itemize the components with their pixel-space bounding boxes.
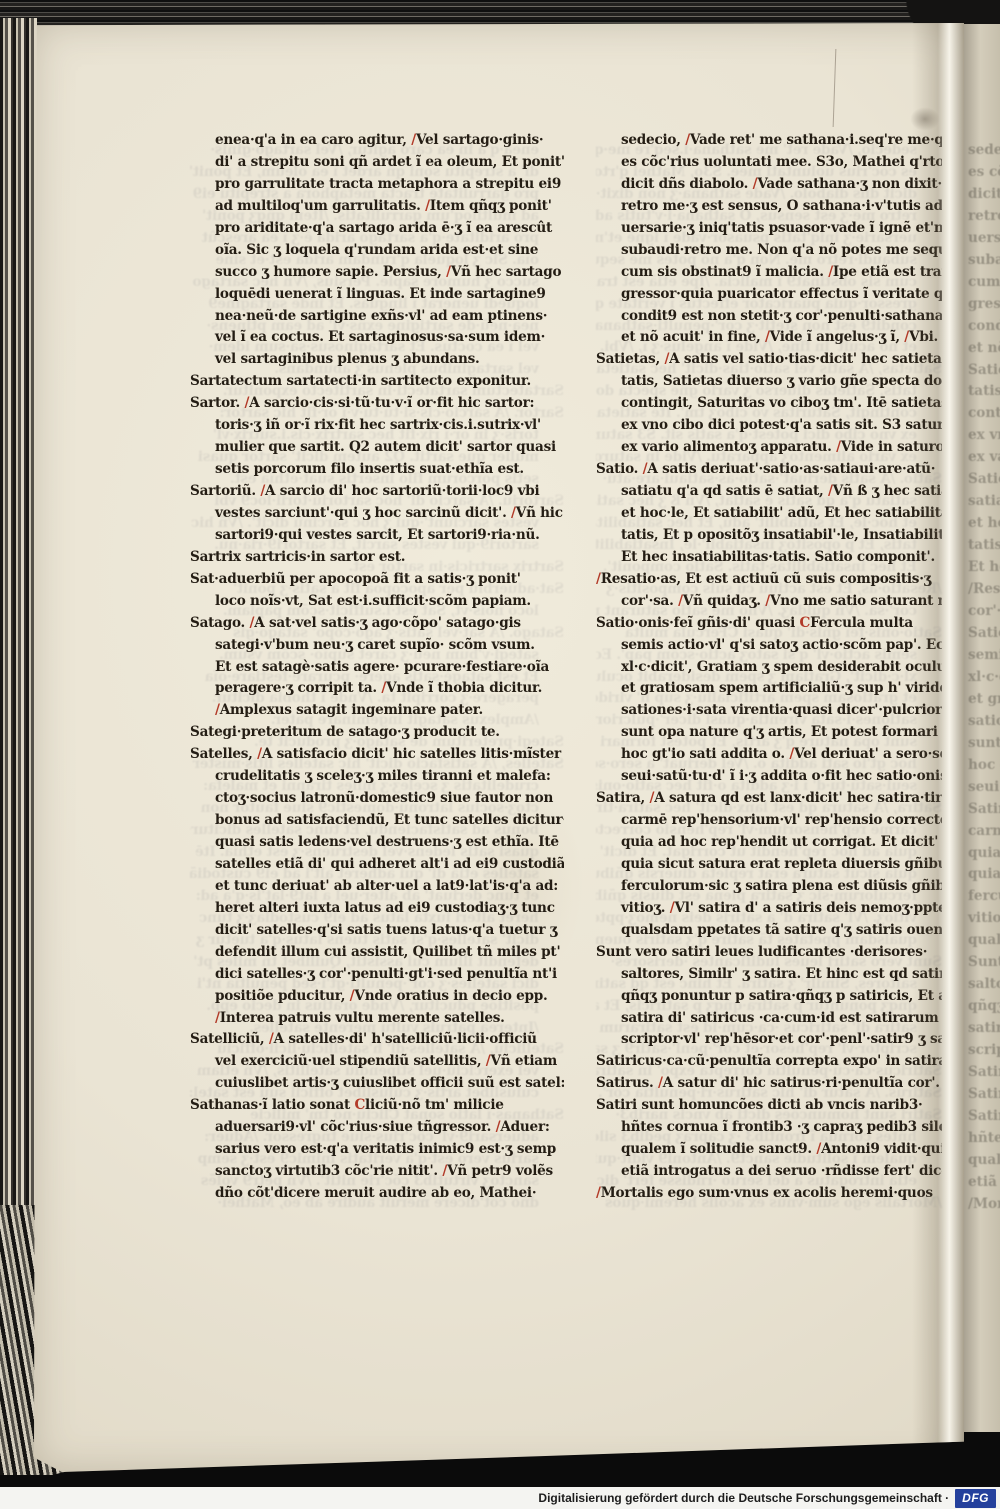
text-line: aduersari9·vl' cõc'rius·siue tñgressor. …	[190, 1117, 564, 1139]
text-line: Satago. /A sat·vel satis·ʒ ago·cõpo' sat…	[190, 613, 564, 635]
dfg-logo: DFG	[955, 1489, 996, 1508]
parchment-crack	[833, 49, 837, 127]
text-line: loco noĩs·vt, Sat est·i.sufficit·scõm pa…	[190, 591, 564, 613]
text-line: es cõc'rius uoluntati mee. S3o, Mathei q…	[596, 152, 942, 174]
page: enea·q'a in ea caro agitur, /Vel sartago…	[34, 23, 964, 1472]
text-line: toris·ʒ iñ or·ĩ rix·fit hec sartrix·cis.…	[190, 415, 564, 437]
text-line: Satio·onis·feĩ gñis·di' quasi CFercula m…	[596, 613, 942, 635]
text-line: cum sis obstinat9 ĩ malicia. /Ipe etiã e…	[596, 262, 942, 284]
digitization-credit: Digitalisierung gefördert durch die Deut…	[538, 1491, 949, 1505]
text-line: sunt opa nature q'ʒ artis, Et potest for…	[596, 722, 942, 744]
text-line: defendit illum cui assistit, Quilibet tñ…	[190, 942, 564, 964]
text-line: xl·c·dicit', Gratiam ʒ spem desiderabit …	[596, 657, 942, 679]
text-line: subaudi·retro me. Non q'a nõ potes me se…	[596, 240, 942, 262]
text-line: condit9 est non stetit·ʒ cor'·penulti·sa…	[596, 306, 942, 328]
text-line: et gratiosam spem artificialiũ·ʒ sup h' …	[596, 678, 942, 700]
text-line: hoc gt'io sati addita o. /Vel deriuat' a…	[596, 744, 942, 766]
text-line: vitioʒ. /Vl' satira d' a satiris deis ne…	[596, 898, 942, 920]
text-line: et hoc·le, Et satiabilit' adũ, Et hec sa…	[596, 503, 942, 525]
text-line: positiõe pducitur, /Vnde oratius in deci…	[190, 986, 564, 1008]
text-line: quia ad hoc rep'hendit ut corrigat. Et d…	[596, 832, 942, 854]
text-line: semis actio·vl' q'si satoʒ actio·scõm pa…	[596, 635, 942, 657]
text-line: Satirus. /A satur di' hic satirus·ri·pen…	[596, 1073, 942, 1095]
text-line: sedecio, /Vade ret' me sathana·i.seq're …	[596, 130, 942, 152]
text-line: cuiuslibet artis·ʒ cuiuslibet officii su…	[190, 1073, 564, 1095]
text-line: Satiri sunt homuncões dicti ab vncis nar…	[596, 1095, 942, 1117]
text-line: qualem ĩ solitudie sanct9. /Antoni9 vidi…	[596, 1139, 942, 1161]
right-column: sedecio, /Vade ret' me sathana·i.seq're …	[596, 130, 942, 1205]
text-line: Satietas, /A satis vel satio·tias·dicit'…	[596, 349, 942, 371]
text-line: ctoʒ·socius latronũ·domestic9 siue fauto…	[190, 788, 564, 810]
digitization-footer: Digitalisierung gefördert durch die Deut…	[0, 1487, 1000, 1509]
text-line: seui·satũ·tu·d' ĩ i·ʒ addita o·fit hec s…	[596, 766, 942, 788]
text-line: ferculorum·sic ʒ satira plena est diũsis…	[596, 876, 942, 898]
text-line: saltores, Similr' ʒ satira. Et hinc est …	[596, 964, 942, 986]
text-line: sarius vero est·q'a veritatis inimic9 es…	[190, 1139, 564, 1161]
text-line: gressor·quia puaricator effectus ĩ verit…	[596, 284, 942, 306]
text-line: dicit' satelles·q'si satis tuens latus·q…	[190, 920, 564, 942]
text-line: tatis, Et p opositõʒ insatiabil'·le, Ins…	[596, 525, 942, 547]
text-line: setis porcorum filo insertis suat·ethĩa …	[190, 459, 564, 481]
text-line: Satio. /A satis deriuat'·satio·as·satiau…	[596, 459, 942, 481]
text-line: ex vario alimentoʒ apparatu. /Vide in sa…	[596, 437, 942, 459]
text-line: Sartatectum sartatecti·in sartitecto exp…	[190, 371, 564, 393]
text-line: et tunc deriuat' ab alter·uel a lat9·lat…	[190, 876, 564, 898]
text-line: sategi·v'bum neu·ʒ caret supĩo· scõm vsu…	[190, 635, 564, 657]
text-line: satiatu q'a qd satis ē satiat, /Vñ ß ʒ h…	[596, 481, 942, 503]
text-line: Et est satagè·satis agere· pcurare·festi…	[190, 657, 564, 679]
text-line: di' a strepitu soni qñ ardet ĩ ea oleum,…	[190, 152, 564, 174]
text-line: enea·q'a in ea caro agitur, /Vel sartago…	[190, 130, 564, 152]
text-line: heret alteri iuxta latus ad ei9 custodia…	[190, 898, 564, 920]
text-line: Satelles, /A satisfacio dicit' hic satel…	[190, 744, 564, 766]
text-line: /Interea patruis vultu merente satelles.	[190, 1008, 564, 1030]
text-line: cor'·sa. /Vñ quidaʒ. /Vno me satio satur…	[596, 591, 942, 613]
text-line: peragere·ʒ corripit ta. /Vnde ĩ thobia d…	[190, 678, 564, 700]
text-line: tatis, Satietas diuerso ʒ vario gñe spec…	[596, 371, 942, 393]
text-line: vestes sarciunt'·qui ʒ hoc sarcinũ dicit…	[190, 503, 564, 525]
text-line: ad multiloq'um garrulitatis. /Item qñqʒ …	[190, 196, 564, 218]
text-line: satira di' satiricus ·ca·cum·id est sati…	[596, 1008, 942, 1030]
text-line: /Amplexus satagit ingeminare pater.	[190, 700, 564, 722]
text-line: vel exerciciũ·uel stipendiũ satellitis, …	[190, 1051, 564, 1073]
text-line: bonus ad satisfaciendũ, Et tunc satelles…	[190, 810, 564, 832]
text-line: sanctoʒ virtutib3 cõc'rie nitit'. /Vñ pe…	[190, 1161, 564, 1183]
text-line: Sunt vero satiri leues ludificantes ·der…	[596, 942, 942, 964]
text-line: crudelitatis ʒ sceleʒ·ʒ miles tiranni et…	[190, 766, 564, 788]
text-line: quia sicut satura erat repleta diuersis …	[596, 854, 942, 876]
text-line: dici satelles·ʒ cor'·penulti·gt'i·sed pe…	[190, 964, 564, 986]
text-line: Sartor. /A sarcio·cis·si·tũ·tu·v·ĩ or·fi…	[190, 393, 564, 415]
page-curl-shading	[912, 23, 964, 1472]
text-line: qñqʒ ponuntur p satira·qñqʒ p satiricis,…	[596, 986, 942, 1008]
text-line: contingit, Saturitas vo ciboʒ tm'. Itē s…	[596, 393, 942, 415]
text-line: Sategi·preteritum de satago·ʒ producit t…	[190, 722, 564, 744]
text-line: oĩa. Sic ʒ loquela q'rundam arida est·et…	[190, 240, 564, 262]
text-line: et nõ acuit' in fine, /Vide ĩ angelus·ʒ …	[596, 327, 942, 349]
text-line: quasi satis ledens·vel destruens·ʒ est e…	[190, 832, 564, 854]
text-line: etiã introgatus a dei seruo ·rñdisse fer…	[596, 1161, 942, 1183]
text-line: vel ĩ ea coctus. Et sartaginosus·sa·sum …	[190, 327, 564, 349]
text-line: dño cõt'dicere meruit audire ab eo, Math…	[190, 1183, 564, 1205]
text-line: uersarie·ʒ iniq'tatis psuasor·vade ĩ ign…	[596, 218, 942, 240]
text-line: ex vno cibo dici potest·q'a satis sit. S…	[596, 415, 942, 437]
text-line: Satiricus·ca·cũ·penultĩa correpta expo' …	[596, 1051, 942, 1073]
text-line: satelles etiã di' qui adheret alt'i ad e…	[190, 854, 564, 876]
text-line: sationes·i·sata virentia·quasi dicer'·pu…	[596, 700, 942, 722]
text-line: pro ariditate·q'a sartago arida ē·ʒ ĩ ea…	[190, 218, 564, 240]
text-line: vel sartaginibus plenus ʒ abundans.	[190, 349, 564, 371]
text-line: succo ʒ humore sapie. Persius, /Vñ hec s…	[190, 262, 564, 284]
text-line: sartori9·qui vestes sarcit, Et sartori9·…	[190, 525, 564, 547]
text-line: nea·neũ·de sartigine exñs·vl' ad eam pti…	[190, 306, 564, 328]
text-line: loquēdi uenerat ĩ linguas. Et inde sarta…	[190, 284, 564, 306]
text-line: /Resatio·as, Et est actiuũ cũ suis compo…	[596, 569, 942, 591]
text-line: retro me·ʒ est sensus, O sathana·i·v'tut…	[596, 196, 942, 218]
text-line: Et hec insatiabilitas·tatis. Satio compo…	[596, 547, 942, 569]
text-line: Satelliciũ, /A satelles·di' h'satelliciũ…	[190, 1029, 564, 1051]
text-line: Sathanas·ĩ latio sonat Cliciũ·nõ tm' mil…	[190, 1095, 564, 1117]
text-line: mulier que sartit. Q2 autem dicit' sarto…	[190, 437, 564, 459]
text-line: pro garrulitate tracta metaphora a strep…	[190, 174, 564, 196]
next-page-ghost-text: sedecio, /Vade ret' me sathana·i.seq're …	[968, 140, 1000, 1216]
text-line: dicit dñs diabolo. /Vade sathana·ʒ non d…	[596, 174, 942, 196]
text-line: carmē rep'hensorium·vl' rep'hensio corre…	[596, 810, 942, 832]
text-line: qualsdam ppetates tã satire q'ʒ satiris …	[596, 920, 942, 942]
text-line: scriptor·vl' rep'hēsor·et cor'·penl'·sat…	[596, 1029, 942, 1051]
scan-root: enea·q'a in ea caro agitur, /Vel sartago…	[0, 0, 1000, 1509]
text-line: /Mortalis ego sum·vnus ex acolis heremi·…	[596, 1183, 942, 1205]
text-line: Sartoriũ. /A sarcio di' hoc sartoriũ·tor…	[190, 481, 564, 503]
text-line: hñtes cornua ĩ frontib3 ·ʒ capraʒ pedib3…	[596, 1117, 942, 1139]
text-line: Sartrix sartricis·in sartor est.	[190, 547, 564, 569]
text-line: Satira, /A satura qd est lanx·dicit' hec…	[596, 788, 942, 810]
left-column: enea·q'a in ea caro agitur, /Vel sartago…	[190, 130, 564, 1205]
next-page-edge: sedecio, /Vade ret' me sathana·i.seq're …	[964, 24, 1000, 1432]
text-line: Sat·aduerbiũ per apocopoã fit a satis·ʒ …	[190, 569, 564, 591]
